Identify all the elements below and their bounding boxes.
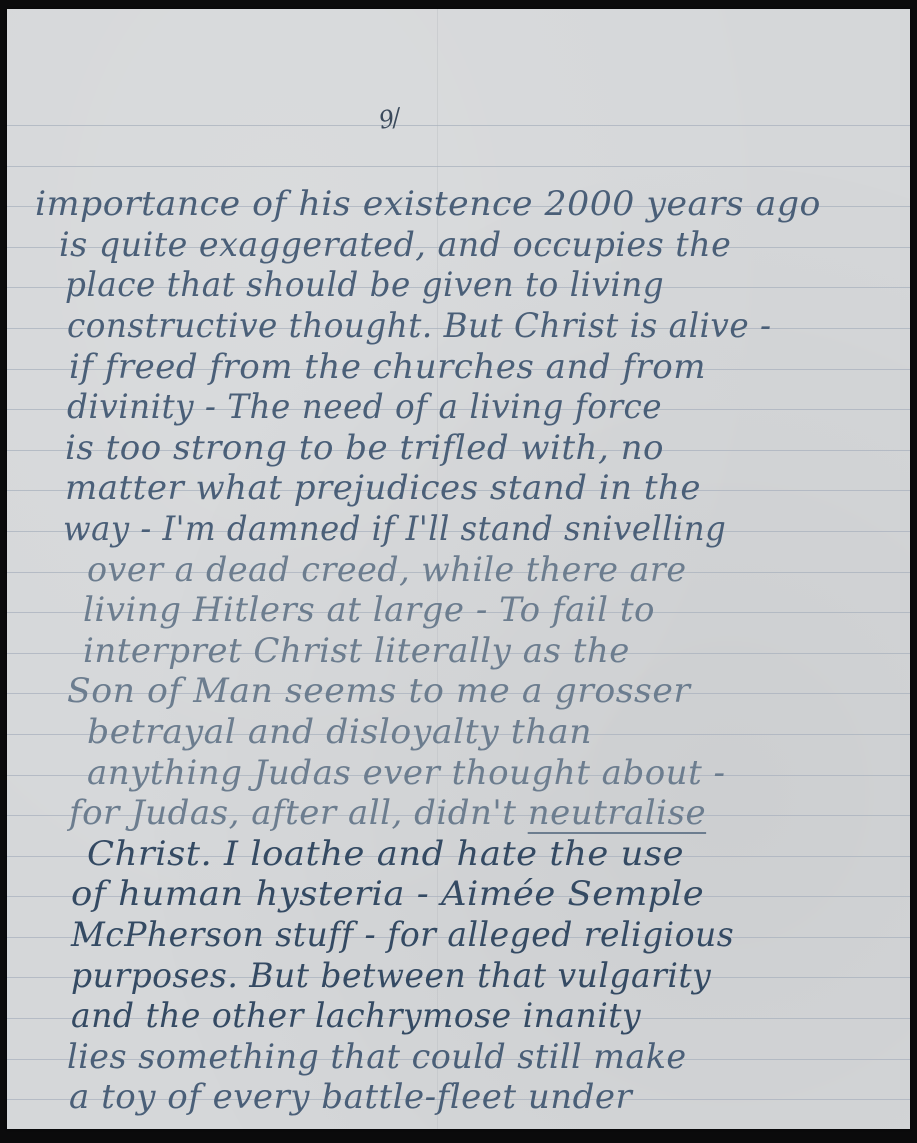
text-line: and the other lachrymose inanity [71, 996, 641, 1036]
text-line: place that should be given to living [65, 265, 664, 305]
text-line: anything Judas ever thought about - [87, 753, 726, 793]
text-line: for Judas, after all, didn't neutralise [69, 793, 706, 833]
text-line: lies something that could still make [67, 1037, 687, 1077]
underlined-word: neutralise [528, 793, 706, 833]
text-line: of human hysteria - Aimée Semple [71, 874, 704, 914]
text-line: purposes. But between that vulgarity [71, 956, 711, 996]
text-line: McPherson stuff - for alleged religious [71, 915, 734, 955]
text-line: interpret Christ literally as the [83, 631, 630, 671]
text-line: Christ. I loathe and hate the use [87, 834, 684, 874]
text-line: way - I'm damned if I'll stand snivellin… [63, 509, 726, 549]
text-line: Son of Man seems to me a grosser [67, 671, 690, 711]
letter-body: importance of his existence 2000 years a… [7, 9, 910, 1129]
text-line: is too strong to be trifled with, no [65, 428, 664, 468]
text-line: divinity - The need of a living force [67, 387, 662, 427]
text-line: constructive thought. But Christ is aliv… [67, 306, 771, 346]
text-line: importance of his existence 2000 years a… [35, 184, 821, 224]
text-line: over a dead creed, while there are [87, 550, 687, 590]
text-line: betrayal and disloyalty than [87, 712, 592, 752]
text-line: a toy of every battle-fleet under [69, 1077, 632, 1117]
text-line: is quite exaggerated, and occupies the [59, 225, 731, 265]
text-line: if freed from the churches and from [69, 347, 706, 387]
text-line: living Hitlers at large - To fail to [83, 590, 655, 630]
paper-sheet: 9/ importance of his existence 2000 year… [7, 9, 910, 1129]
text-line: matter what prejudices stand in the [65, 468, 701, 508]
text-segment: for Judas, after all, didn't [69, 793, 516, 833]
scanned-page: 9/ importance of his existence 2000 year… [0, 0, 917, 1143]
